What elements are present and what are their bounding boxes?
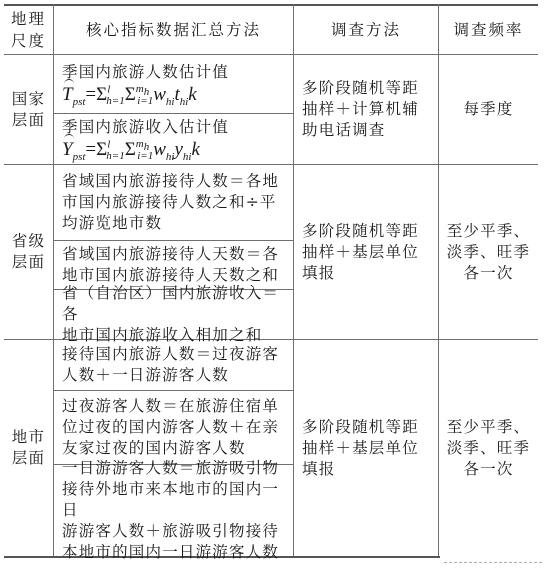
survey-method-provincial: 多阶段随机等距 抽样＋基层单位 填报 [294, 165, 438, 339]
method-province-person-days: 省域国内旅游接待人天数＝各 地市国内旅游接待人天数之和 [54, 241, 293, 289]
scale-city: 地市 层面 [4, 340, 53, 556]
header-survey-method: 调查方法 [294, 6, 438, 54]
method-province-revenue: 省（自治区）国内旅游收入＝各 地市国内旅游收入相加之和 [54, 290, 293, 339]
frequency-provincial: 至少平季、 淡季、旺季 各一次 [439, 165, 538, 339]
revenue-formula: Ypst=Σlh=1Σmhi=1whiyhik [62, 138, 229, 162]
method-city-overnight-visitors: 过夜游客人数＝在旅游住宿单 位过夜的国内游客人数＋在亲 友家过夜的国内游客人数 [54, 391, 293, 464]
header-survey-frequency: 调查频率 [439, 6, 538, 54]
frequency-city: 至少平季、 淡季、旺季 各一次 [439, 340, 538, 556]
survey-method-city: 多阶段随机等距 抽样＋基层单位 填报 [294, 340, 438, 556]
header-geo-scale: 地理 尺度 [4, 6, 53, 54]
method-title: 季国内旅游人数估计值 [62, 62, 229, 83]
survey-method-national: 多阶段随机等距 抽样＋计算机辅 助电话调查 [294, 55, 438, 164]
method-province-reception-count: 省域国内旅游接待人数＝各地 市国内旅游接待人数之和÷平 均游览地市数 [54, 165, 293, 240]
frequency-national: 每季度 [439, 55, 538, 164]
method-city-reception-count: 接待国内旅游人数＝过夜游客 人数＋一日游游客人数 [54, 340, 293, 390]
tourist-count-formula: Tpst=Σlh=1Σmhi=1whithik [62, 83, 229, 107]
scale-national: 国家 层面 [4, 55, 53, 164]
method-national-tourists: 季国内旅游人数估计值 Tpst=Σlh=1Σmhi=1whithik [54, 55, 293, 113]
method-title: 季国内旅游收入估计值 [62, 117, 229, 138]
scale-provincial: 省级 层面 [4, 165, 53, 339]
bottom-dashed-segment [444, 562, 542, 563]
method-city-day-trippers: 一日游游客人数＝旅游吸引物 接待外地市来本地市的国内一日 游游客人数＋旅游吸引物… [54, 465, 293, 556]
method-national-revenue: 季国内旅游收入估计值 Ypst=Σlh=1Σmhi=1whiyhik [54, 114, 293, 164]
header-summary-method: 核心指标数据汇总方法 [54, 6, 293, 54]
